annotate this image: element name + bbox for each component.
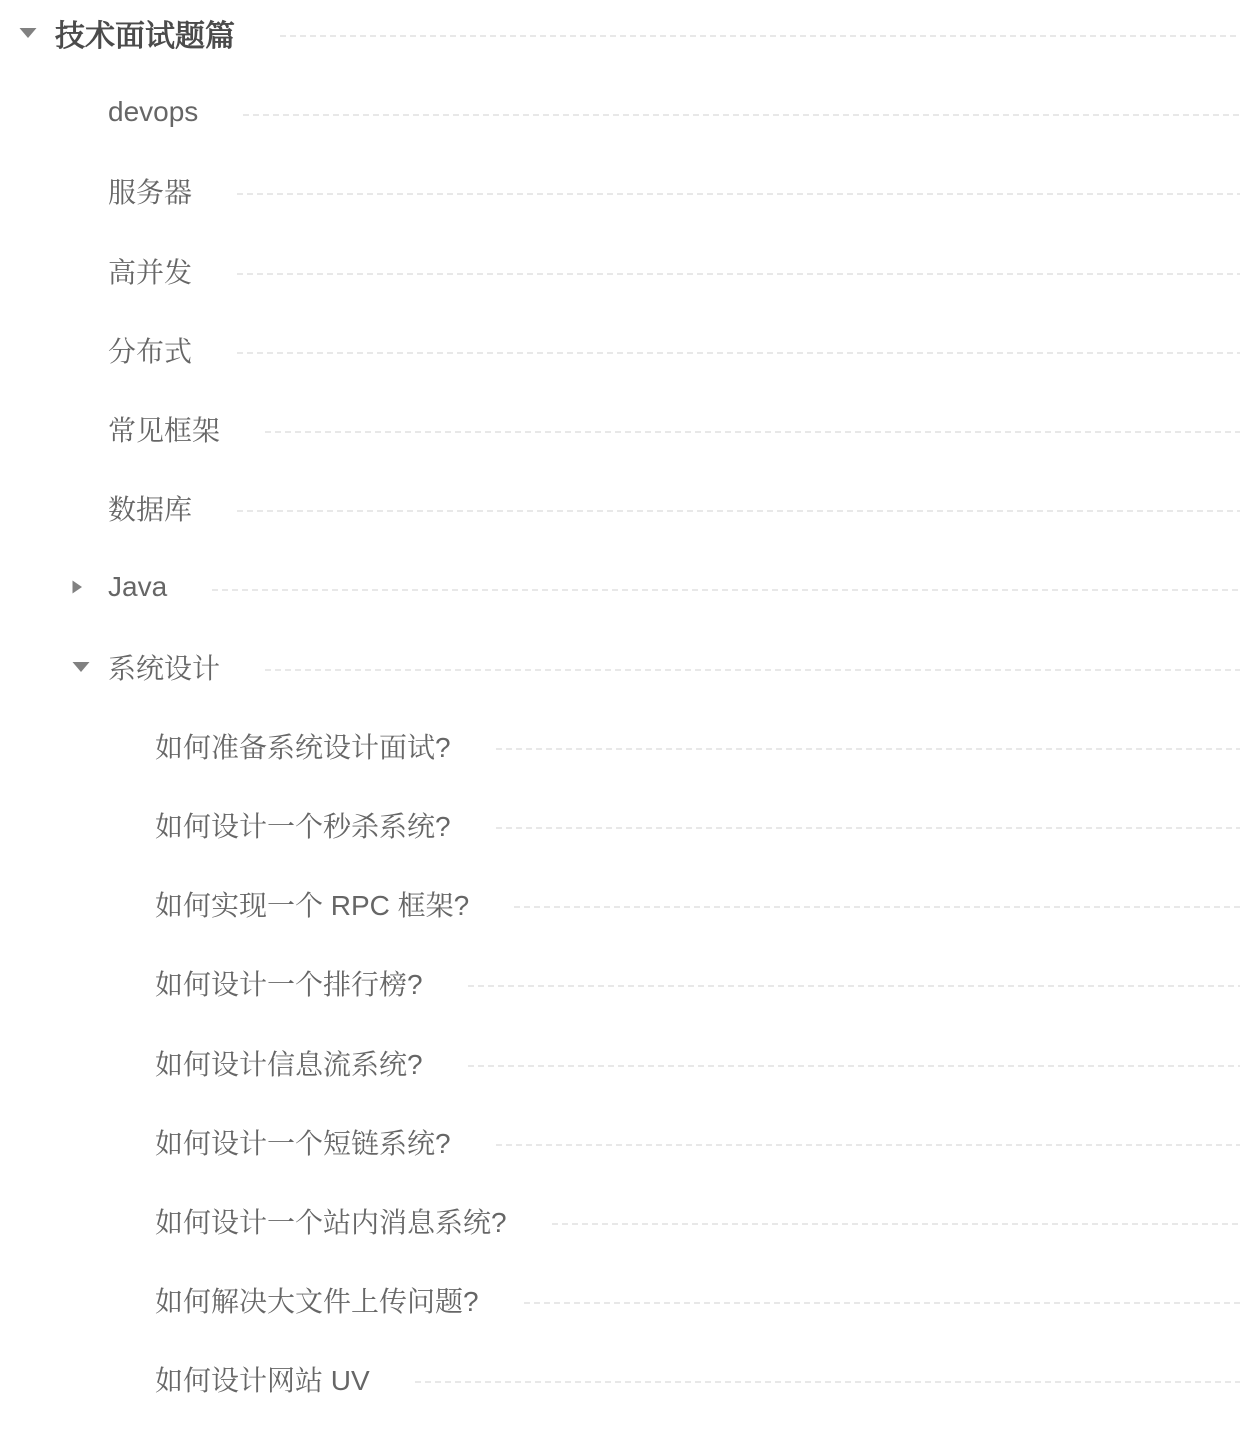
dotted-leader bbox=[415, 1381, 1240, 1383]
toc-item-row: 如何设计网站 UV bbox=[0, 1340, 1240, 1419]
dotted-leader bbox=[237, 273, 1240, 275]
dotted-leader bbox=[265, 669, 1240, 671]
dotted-leader bbox=[496, 1144, 1240, 1146]
toc-item-row: 技术面试题篇 bbox=[0, 0, 1240, 73]
dotted-leader bbox=[468, 1065, 1240, 1067]
toc-item-row: 高并发 bbox=[0, 231, 1240, 310]
toc-item-row: 分布式 bbox=[0, 310, 1240, 389]
caret-down-icon[interactable] bbox=[18, 27, 38, 40]
dotted-leader bbox=[468, 985, 1240, 987]
toc-item-link[interactable]: 系统设计 bbox=[108, 647, 220, 687]
dotted-leader bbox=[524, 1302, 1240, 1304]
dotted-leader bbox=[552, 1223, 1240, 1225]
toc-item-row: 如何设计一个排行榜? bbox=[0, 944, 1240, 1023]
dotted-leader bbox=[237, 510, 1240, 512]
toc-item-row: 如何准备系统设计面试? bbox=[0, 706, 1240, 785]
toc-item-row: 如何实现一个 RPC 框架? bbox=[0, 865, 1240, 944]
toc-item-row: 数据库 bbox=[0, 469, 1240, 548]
toc-item-link[interactable]: 服务器 bbox=[108, 171, 192, 211]
toc: 技术面试题篇 devops 服务器 高并发 分布式 常见框架 数据库 Java … bbox=[0, 0, 1240, 1419]
dotted-leader bbox=[280, 35, 1240, 37]
toc-item-link[interactable]: 高并发 bbox=[108, 251, 192, 291]
caret-down-icon[interactable] bbox=[71, 660, 91, 673]
toc-item-link[interactable]: 常见框架 bbox=[108, 409, 220, 449]
dotted-leader bbox=[212, 589, 1240, 591]
toc-item-link[interactable]: 数据库 bbox=[108, 488, 192, 528]
toc-item-link[interactable]: 如何设计一个短链系统? bbox=[155, 1122, 451, 1162]
toc-item-link[interactable]: 如何解决大文件上传问题? bbox=[155, 1280, 479, 1320]
toc-item-link[interactable]: 如何设计信息流系统? bbox=[155, 1043, 423, 1083]
dotted-leader bbox=[514, 906, 1240, 908]
toc-item-row: 如何设计一个短链系统? bbox=[0, 1102, 1240, 1181]
toc-item-row: 如何设计一个站内消息系统? bbox=[0, 1181, 1240, 1260]
dotted-leader bbox=[243, 114, 1240, 116]
toc-item-link[interactable]: 如何设计一个站内消息系统? bbox=[155, 1201, 507, 1241]
toc-item-row: 系统设计 bbox=[0, 627, 1240, 706]
caret-right-icon[interactable] bbox=[71, 579, 83, 595]
dotted-leader bbox=[265, 431, 1240, 433]
toc-item-row: 服务器 bbox=[0, 152, 1240, 231]
toc-item-link[interactable]: 技术面试题篇 bbox=[55, 11, 235, 55]
toc-item-row: 如何解决大文件上传问题? bbox=[0, 1261, 1240, 1340]
toc-item-link[interactable]: 如何设计网站 UV bbox=[155, 1359, 370, 1399]
toc-item-link[interactable]: 如何设计一个秒杀系统? bbox=[155, 805, 451, 845]
dotted-leader bbox=[496, 748, 1240, 750]
dotted-leader bbox=[496, 827, 1240, 829]
toc-item-link[interactable]: Java bbox=[108, 571, 167, 603]
toc-item-row: devops bbox=[0, 73, 1240, 152]
toc-item-link[interactable]: 如何设计一个排行榜? bbox=[155, 963, 423, 1003]
toc-item-row: 如何设计信息流系统? bbox=[0, 1023, 1240, 1102]
toc-item-link[interactable]: 如何实现一个 RPC 框架? bbox=[155, 884, 469, 924]
toc-item-link[interactable]: 如何准备系统设计面试? bbox=[155, 726, 451, 766]
toc-item-link[interactable]: 分布式 bbox=[108, 330, 192, 370]
dotted-leader bbox=[237, 352, 1240, 354]
dotted-leader bbox=[237, 193, 1240, 195]
toc-item-row: Java bbox=[0, 548, 1240, 627]
toc-item-row: 常见框架 bbox=[0, 389, 1240, 468]
toc-item-row: 如何设计一个秒杀系统? bbox=[0, 785, 1240, 864]
toc-item-link[interactable]: devops bbox=[108, 96, 198, 128]
